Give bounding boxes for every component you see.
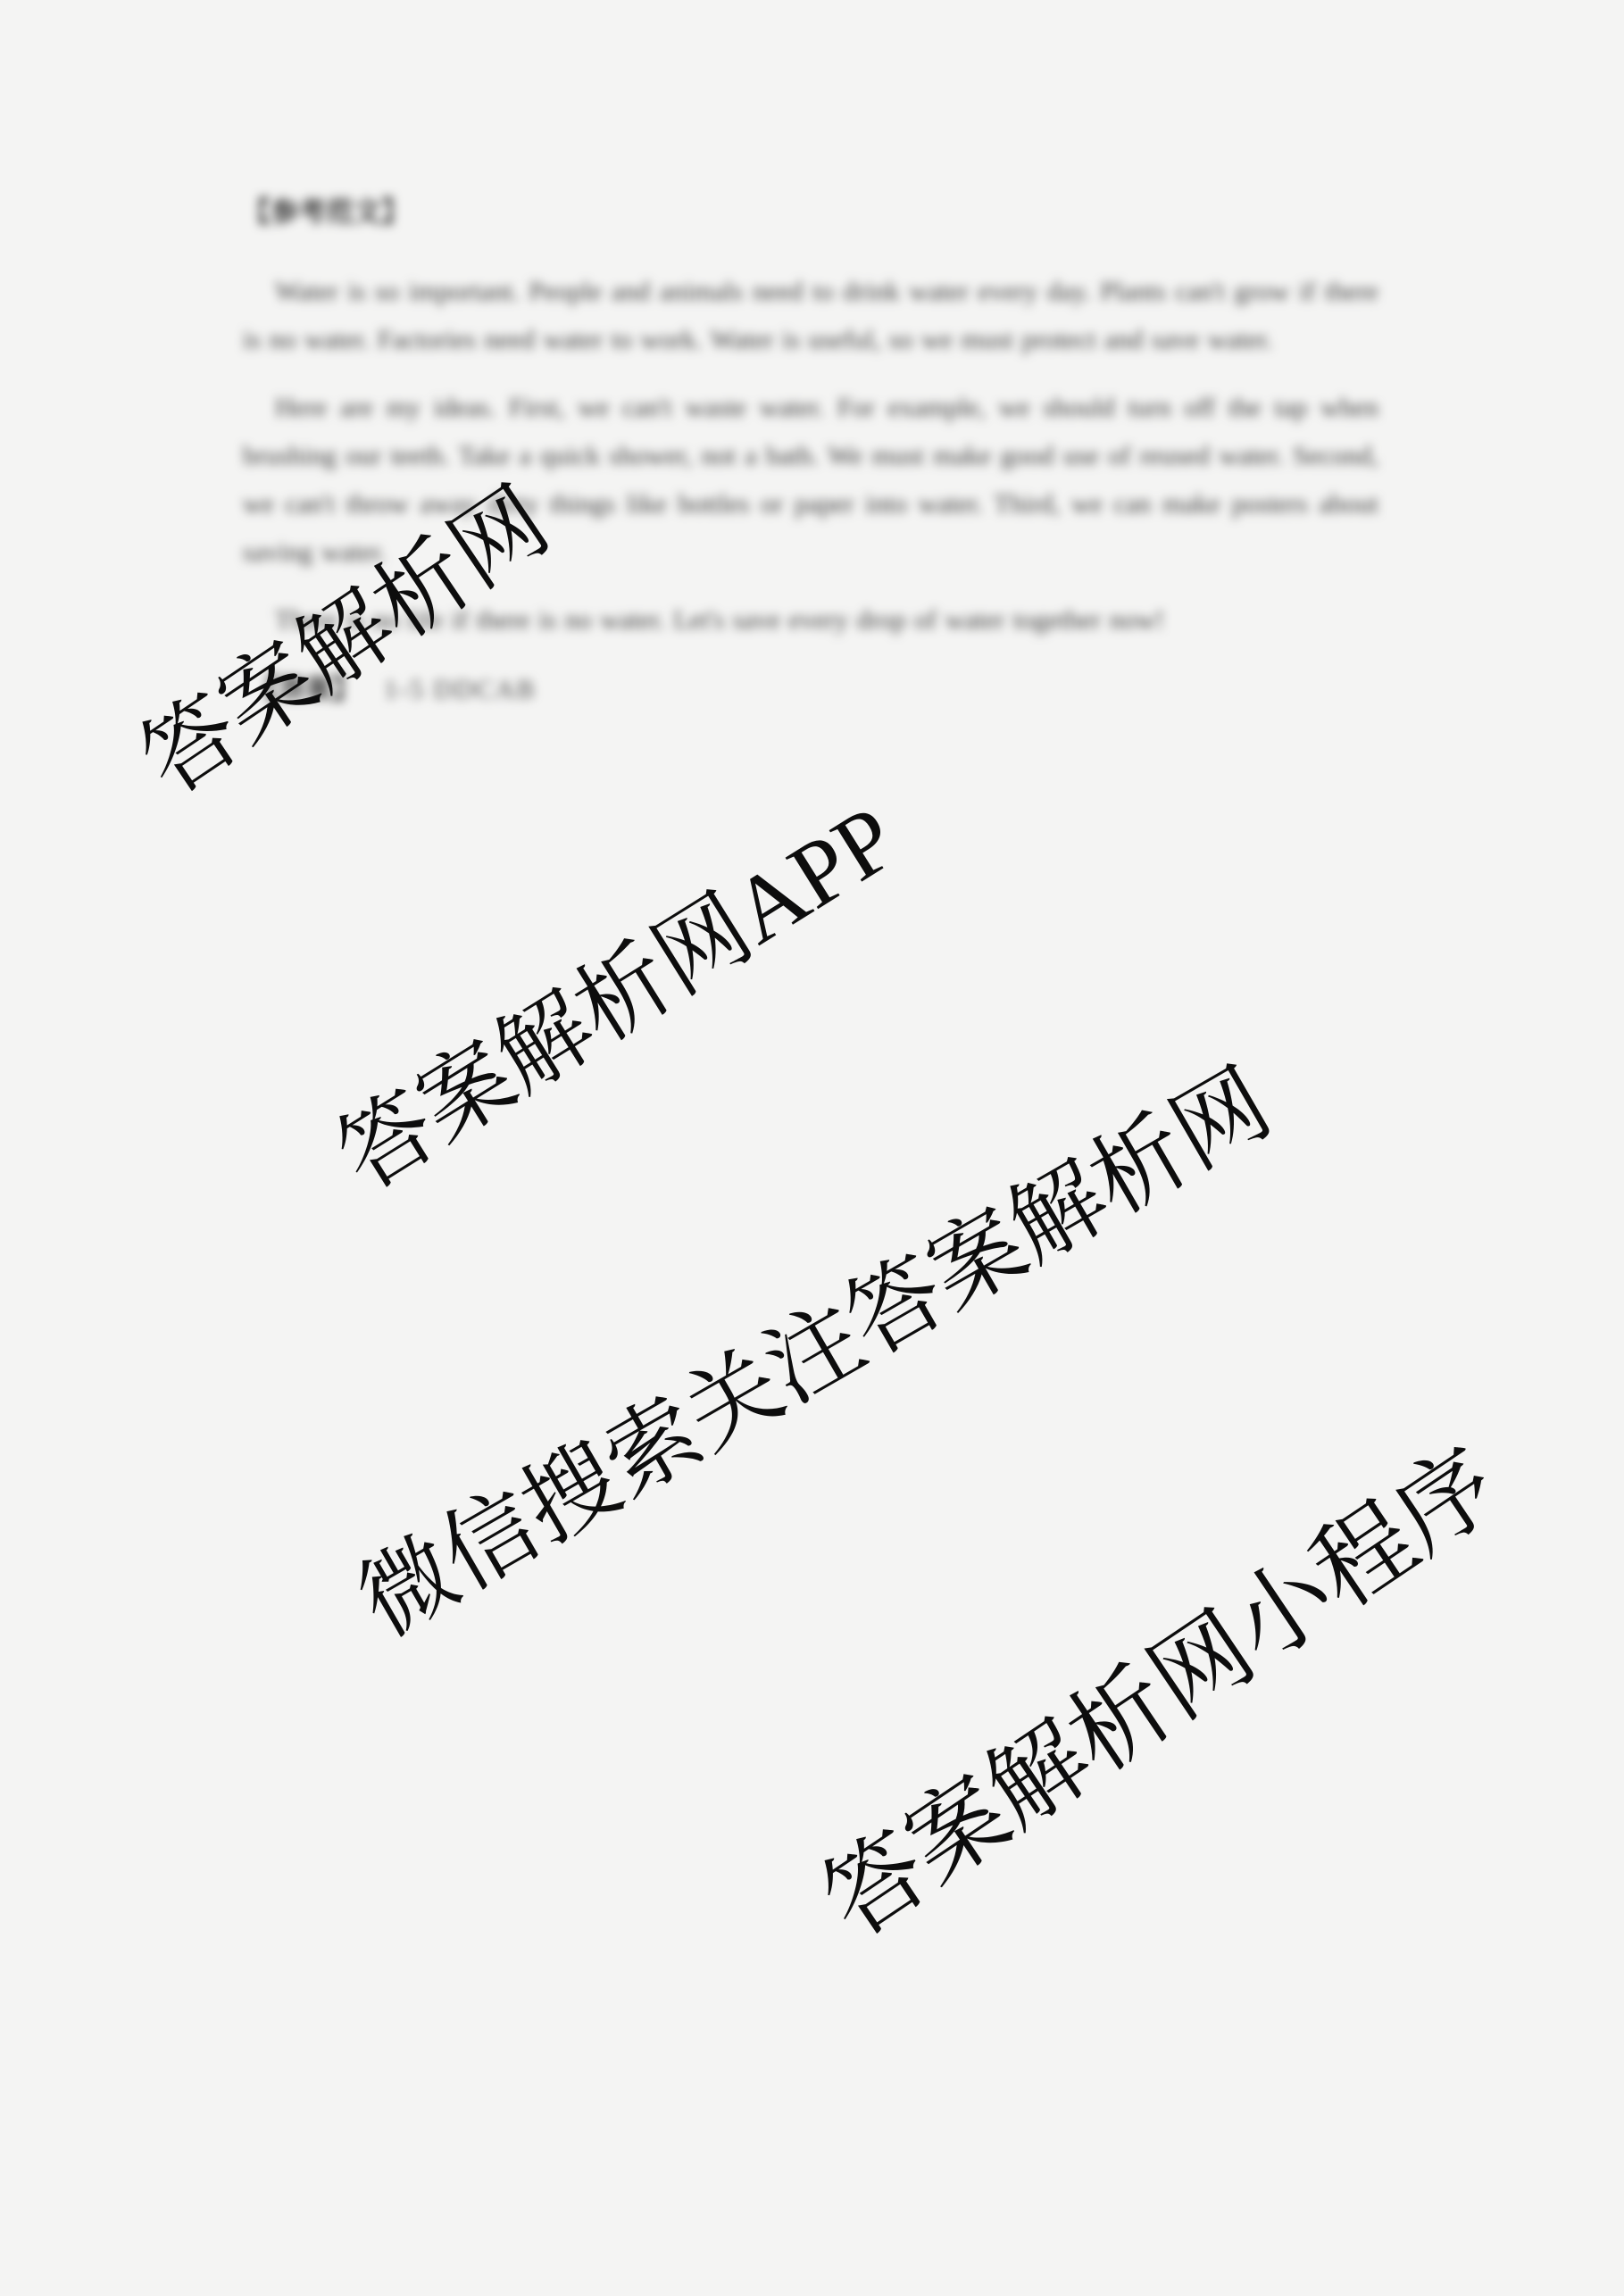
essay-paragraph-2: Here are my ideas. First, we can't waste… [243, 384, 1378, 577]
essay-paragraph-1: Water is so important. People and animal… [243, 268, 1378, 364]
answer-value: 1-5 DDCAB [384, 675, 537, 704]
answer-label: 【答案】 [252, 675, 359, 704]
watermark-wechat-search: 微信搜索关注答案解析网 [330, 1030, 1291, 1662]
answer-line: 【答案】1-5 DDCAB [243, 666, 1378, 714]
essay-section-title: 【参考范文】 [243, 195, 1378, 230]
watermark-mini-program: 答案解析网小程序 [791, 1407, 1521, 1963]
watermark-site-app: 答案解析网APP [308, 765, 917, 1215]
essay-content: 【参考范文】 Water is so important. People and… [243, 195, 1378, 714]
essay-paragraph-3: There is no life if there is no water. L… [243, 596, 1378, 645]
scanned-document-page: 【参考范文】 Water is so important. People and… [0, 0, 1624, 2296]
